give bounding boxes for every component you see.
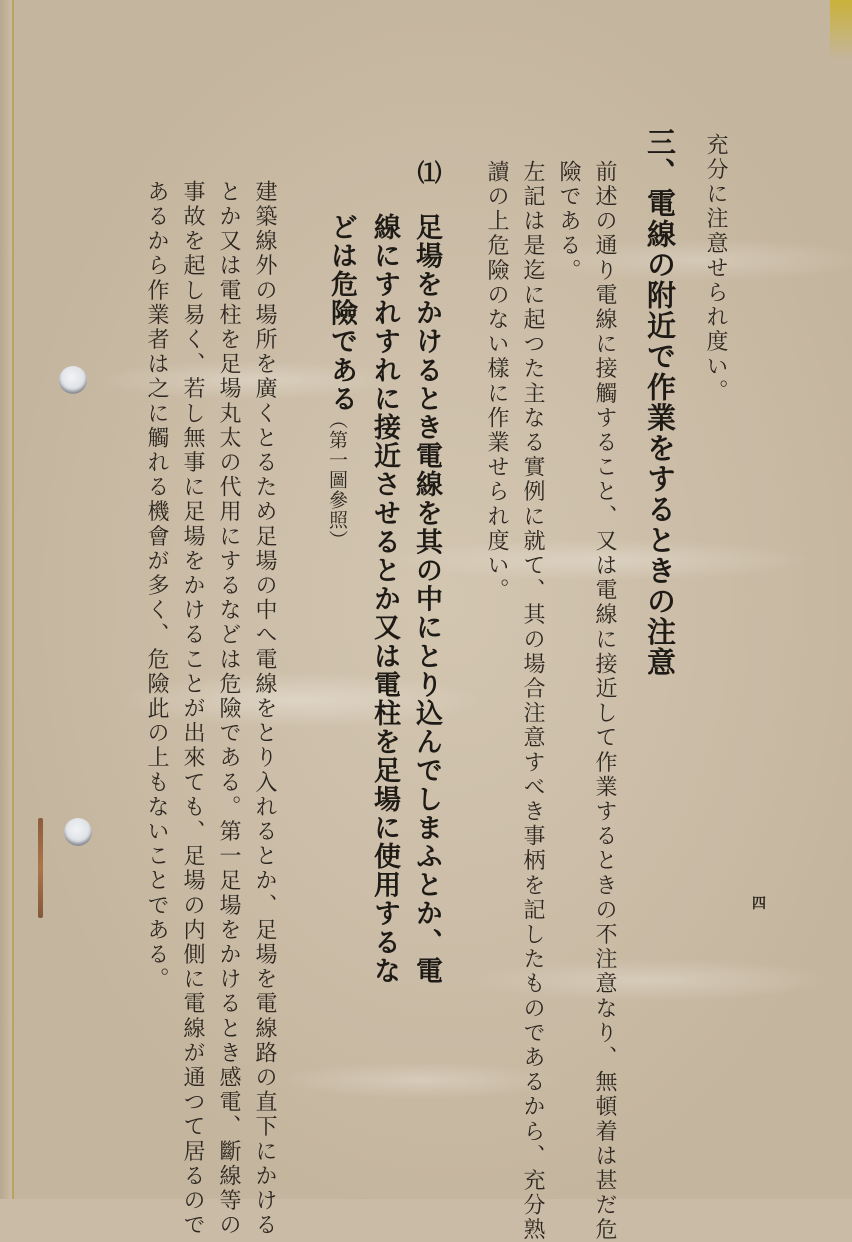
punch-hole-icon [59,366,87,394]
section-heading: 三、電線の附近で作業をするときの注意 [640,127,681,678]
scanned-page: 充分に注意せられ度い。 三、電線の附近で作業をするときの注意 前述の通り電線に接… [0,0,852,1199]
rust-stain [38,818,43,918]
figure-reference: （第一圖參照） [324,410,351,550]
item-heading-line: どは危險である [322,213,361,413]
item-paragraph-line: 事故を起し易く、若し無事に足場をかけることが出來ても、足場の内側に電線が通つて居… [177,180,208,1199]
item-heading-line: 線にすれすれに接近させるとか又は電柱を足場に使用するな [365,213,404,985]
paper-stain [830,0,852,60]
binding-fold-line [12,0,14,1199]
item-paragraph-line: 建築線外の場所を廣くとるため足場の中へ電線をとり入れるとか、足場を電線路の直下に… [249,180,280,1199]
punch-hole-icon [64,818,92,846]
item-heading-line: 足場をかけるとき電線を其の中にとり込んでしまふとか、電 [407,213,446,985]
item-paragraph-line: とか又は電柱を足場丸太の代用にするなどは危險である。第一足場をかけるとき感電、斷… [213,180,244,1199]
previous-section-tail: 充分に注意せられ度い。 [700,133,731,404]
section-paragraph-line: 前述の通り電線に接觸すること、又は電線に接近して作業するときの不注意なり、無頓着… [589,160,620,1199]
binding-edge [0,0,12,1199]
section-paragraph-line: 左記は是迄に起つた主なる實例に就て、其の場合注意すべき事柄を記したものであるから… [517,160,548,1199]
item-marker: ⑴ [410,160,445,186]
page-number: 四 [752,893,766,913]
item-paragraph-line: あるから作業者は之に觸れる機會が多く、危險此の上もないことである。 [141,180,172,992]
section-paragraph-line: 讀の上危險のない樣に作業せられ度い。 [481,160,512,603]
section-paragraph-line: 險である。 [553,160,584,283]
